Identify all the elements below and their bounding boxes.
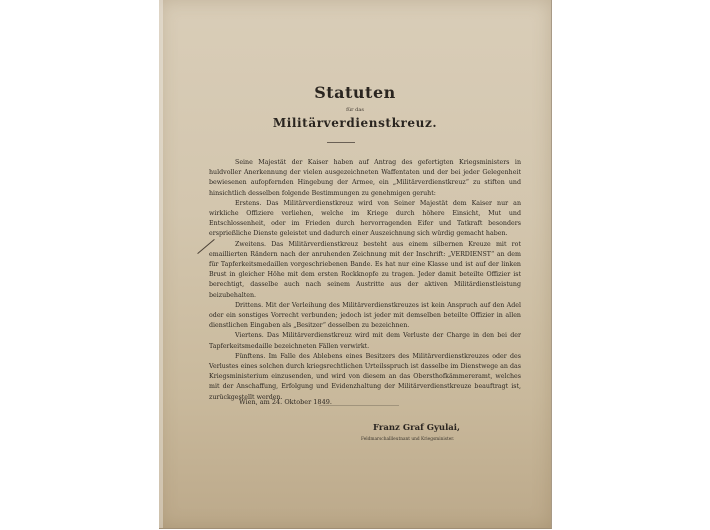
signature-title: Feldmarschallleutnant und Kriegsminister… — [361, 437, 454, 442]
document-page: Statuten für das Militärverdienstkreuz. … — [159, 0, 552, 529]
document-subtitle: für das — [159, 107, 551, 113]
paragraph-fourth: Viertens. Das Militärverdienstkreuz wird… — [209, 331, 521, 351]
signature: Franz Graf Gyulai, — [373, 423, 460, 433]
document-title: Statuten — [159, 83, 551, 102]
signature-divider — [319, 405, 399, 406]
paragraph-third: Drittens. Mit der Verleihung des Militär… — [209, 301, 521, 332]
paragraph-first: Erstens. Das Militärverdienstkreuz wird … — [209, 199, 521, 240]
statute-body: Seine Majestät der Kaiser haben auf Antr… — [209, 158, 521, 403]
paragraph-second: Zweitens. Das Militärverdienstkreuz best… — [209, 240, 521, 301]
date-line: Wien, am 24. Oktober 1849. — [239, 398, 332, 406]
paragraph-fifth: Fünftens. Im Falle des Ablebens eines Be… — [209, 352, 521, 403]
title-divider — [327, 142, 355, 143]
document-heading: Militärverdienstkreuz. — [159, 116, 551, 130]
paragraph-preamble: Seine Majestät der Kaiser haben auf Antr… — [209, 158, 521, 199]
